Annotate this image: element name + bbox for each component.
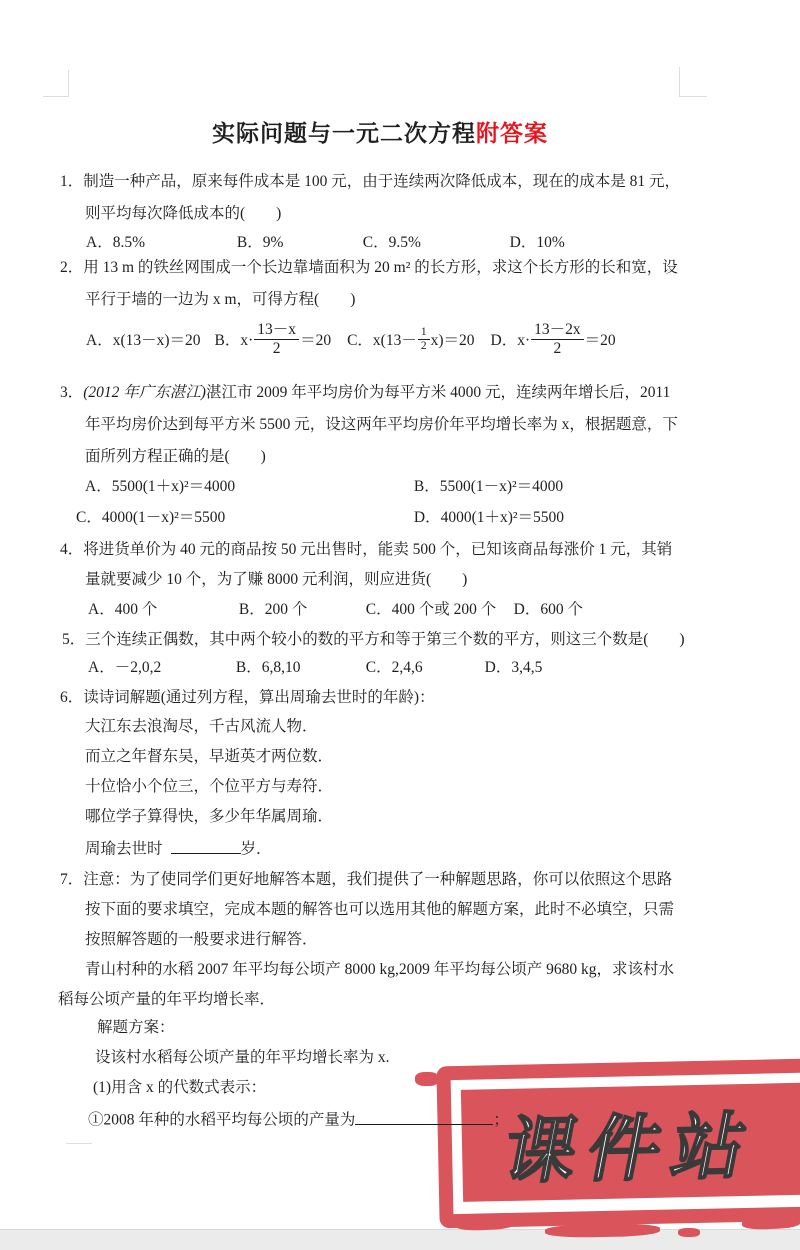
- q7-plan-title: 解题方案：: [97, 1018, 175, 1038]
- q7-para2-line-1: 青山村种的水稻 2007 年平均每公顷产 8000 kg,2009 年平均每公顷…: [85, 960, 674, 980]
- q7-line-2: 按下面的要求填空，完成本题的解答也可以选用其他的解题方案，此时不必填空，只需: [85, 900, 674, 920]
- q2-line-1: 2．用 13 m 的铁丝网围成一个长边靠墙面积为 20 m² 的长方形，求这个长…: [60, 258, 678, 278]
- q5-option-b: B．6,8,10: [236, 658, 362, 678]
- q4-option-d: D．600 个: [514, 600, 583, 620]
- q6-poem-line-1: 大江东去浪淘尽，千古风流人物．: [85, 717, 318, 737]
- q4-line-1: 4．将进货单价为 40 元的商品按 50 元出售时，能卖 500 个，已知该商品…: [60, 540, 672, 560]
- q1-options: A．8.5% B．9% C．9.5% D．10%: [86, 233, 565, 253]
- q7-para2-line-2: 稻每公顷产量的年平均增长率．: [58, 990, 275, 1010]
- crop-mark-bottom-left-h: [66, 1143, 92, 1144]
- q7-plan-line-2: (1)用含 x 的代数式表示：: [93, 1078, 266, 1098]
- q5-option-d: D．3,4,5: [485, 658, 543, 678]
- q3-line-3: 面所列方程正确的是( ): [85, 447, 266, 467]
- fraction: 12: [418, 326, 430, 351]
- q3-line-1: 3．(2012 年广东湛江)湛江市 2009 年平均房价为每平方米 4000 元…: [60, 383, 670, 403]
- fraction: 13－x2: [254, 321, 299, 357]
- q1-option-b: B．9%: [237, 233, 359, 253]
- q3-options-cd: C．4000(1－x)²＝5500 D．4000(1＋x)²＝5500: [76, 508, 564, 528]
- q4-option-c: C．400 个或 200 个: [366, 600, 510, 620]
- q3-option-d: D．4000(1＋x)²＝5500: [414, 508, 564, 528]
- q6-poem-line-4: 哪位学子算得快，多少年华属周瑜．: [85, 807, 333, 827]
- crop-mark-top-right-h: [679, 96, 707, 97]
- answer-blank: [171, 837, 241, 854]
- q4-options: A．400 个 B．200 个 C．400 个或 200 个 D．600 个: [88, 600, 583, 620]
- q1-line-1: 1．制造一种产品，原来每件成本是 100 元，由于连续两次降低成本，现在的成本是…: [60, 172, 680, 192]
- stamp-text: 课件站: [496, 1087, 768, 1197]
- page-title: 实际问题与一元二次方程附答案: [0, 115, 760, 148]
- q3-option-b: B．5500(1－x)²＝4000: [414, 477, 563, 497]
- q7-line-3: 按照解答题的一般要求进行解答．: [85, 930, 318, 950]
- q6-answer-line: 周瑜去世时岁．: [85, 837, 272, 860]
- q5-option-a: A．－2,0,2: [88, 658, 232, 678]
- q2-option-c: C．x(13－12x)＝20: [347, 326, 474, 351]
- q1-option-a: A．8.5%: [86, 233, 233, 253]
- q1-option-c: C．9.5%: [363, 233, 506, 253]
- q5-options: A．－2,0,2 B．6,8,10 C．2,4,6 D．3,4,5: [88, 658, 542, 678]
- crop-mark-top-left-h: [43, 96, 69, 97]
- title-red-suffix: 附答案: [476, 121, 548, 146]
- q4-option-b: B．200 个: [239, 600, 362, 620]
- q3-options-ab: A．5500(1＋x)²＝4000 B．5500(1－x)²＝4000: [85, 477, 563, 497]
- q2-line-2: 平行于墙的一边为 x m，可得方程( ): [85, 290, 355, 310]
- q6-line-1: 6．读诗词解题(通过列方程，算出周瑜去世时的年龄)：: [60, 688, 435, 708]
- stamp-ink-splat: [415, 1072, 439, 1086]
- crop-mark-top-right-v: [679, 67, 680, 96]
- document-page: 实际问题与一元二次方程附答案 1．制造一种产品，原来每件成本是 100 元，由于…: [0, 0, 800, 1250]
- q3-option-a: A．5500(1＋x)²＝4000: [85, 477, 410, 497]
- stamp-ink-splat: [742, 1216, 800, 1230]
- q7-plan-line-1: 设该村水稻每公顷产量的年平均增长率为 x.: [95, 1048, 390, 1068]
- answer-blank: [355, 1108, 493, 1125]
- q2-option-b: B．x·13－x2＝20: [215, 321, 332, 357]
- q3-line-2: 年平均房价达到每平方米 5500 元，设这两年平均房价年平均增长率为 x，根据题…: [85, 415, 678, 435]
- kejianzhan-stamp: 课件站: [436, 1058, 800, 1229]
- q3-option-c: C．4000(1－x)²＝5500: [76, 508, 410, 528]
- q2-option-d: D．x·13－2x2＝20: [491, 321, 616, 357]
- q2-option-a: A．x(13－x)＝20: [86, 328, 201, 350]
- q4-line-2: 量就要减少 10 个，为了赚 8000 元利润，则应进货( ): [85, 570, 467, 590]
- stamp-inner-panel: 课件站: [461, 1082, 800, 1202]
- q7-line-1: 7．注意：为了使同学们更好地解答本题，我们提供了一种解题思路，你可以依照这个思路: [60, 870, 672, 890]
- fraction: 13－2x2: [531, 321, 584, 357]
- q3-source-tag: (2012 年广东湛江): [83, 384, 206, 401]
- q6-poem-line-2: 而立之年督东吴，早逝英才两位数．: [85, 747, 333, 767]
- q7-fill-line-1: ①2008 年种的水稻平均每公顷的产量为；: [88, 1108, 509, 1131]
- q5-option-c: C．2,4,6: [366, 658, 481, 678]
- q4-option-a: A．400 个: [88, 600, 235, 620]
- q5-line-1: 5．三个连续正偶数，其中两个较小的数的平方和等于第三个数的平方，则这三个数是( …: [62, 630, 685, 650]
- q1-option-d: D．10%: [510, 233, 565, 253]
- q1-line-2: 则平均每次降低成本的( ): [85, 204, 281, 224]
- stamp-ink-splat: [678, 1228, 700, 1237]
- q6-poem-line-3: 十位恰小个位三，个位平方与寿符．: [85, 777, 333, 797]
- crop-mark-top-left-v: [68, 70, 69, 96]
- title-black: 实际问题与一元二次方程: [212, 121, 476, 146]
- q2-options: A．x(13－x)＝20 B．x·13－x2＝20 C．x(13－12x)＝20…: [86, 318, 616, 360]
